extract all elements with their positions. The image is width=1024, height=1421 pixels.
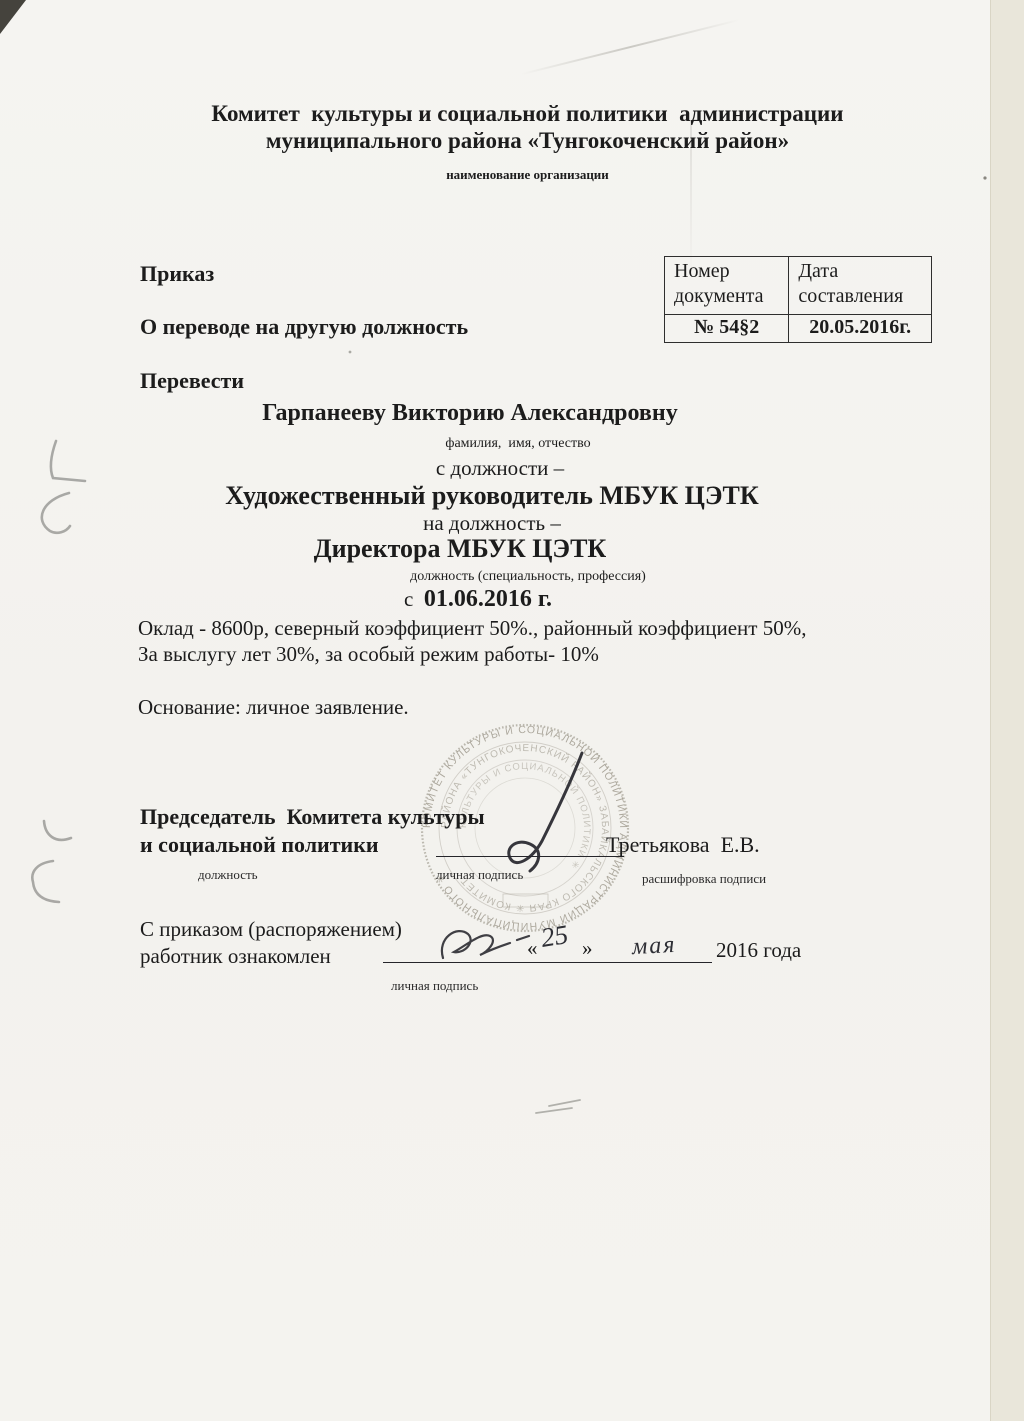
scanner-background-strip xyxy=(990,0,1024,1421)
org-name-line2: муниципального района «Тунгокоченский ра… xyxy=(140,128,915,154)
salary-line2: За выслугу лет 30%, за особый режим рабо… xyxy=(138,642,918,667)
scanned-order-document: Комитет культуры и социальной политики а… xyxy=(0,0,1024,1421)
handwritten-month: мая xyxy=(631,932,677,961)
order-subject: О переводе на другую должность xyxy=(140,314,468,340)
employee-name-caption: фамилия, имя, отчество xyxy=(108,436,928,452)
doc-number-date-table: Номердокумента Датасоставления № 54§2 20… xyxy=(664,256,932,343)
from-position-label: с должности – xyxy=(90,456,910,481)
effective-date-prefix: с xyxy=(404,587,413,611)
effective-date-line: с 01.06.2016 г. xyxy=(68,586,888,613)
quote-open: « xyxy=(527,936,538,961)
order-action: Перевести xyxy=(140,368,244,394)
doc-date-value: 20.05.2016г. xyxy=(789,315,932,343)
caption-signature-name: расшифровка подписи xyxy=(642,871,766,887)
org-name-caption: наименование организации xyxy=(140,167,915,183)
to-position: Директора МБУК ЦЭТК xyxy=(50,534,870,564)
quote-close: » xyxy=(582,936,593,961)
ack-line2: работник ознакомлен xyxy=(140,944,331,969)
employee-name: Гарпанееву Викторию Александровну xyxy=(60,400,880,427)
caption-personal-signature: личная подпись xyxy=(436,867,523,883)
caption-position: должность xyxy=(198,867,258,883)
scan-corner-shadow xyxy=(0,0,26,34)
handwritten-day: 25 xyxy=(539,919,571,954)
signer-position-line2: и социальной политики xyxy=(140,832,379,858)
effective-date: 01.06.2016 г. xyxy=(424,586,552,612)
org-name-line1: Комитет культуры и социальной политики а… xyxy=(140,100,915,127)
ack-caption-signature: личная подпись xyxy=(391,978,478,994)
to-position-label: на должность – xyxy=(82,511,902,536)
order-basis: Основание: личное заявление. xyxy=(138,695,409,720)
ack-date-line xyxy=(608,962,712,963)
from-position: Художественный руководитель МБУК ЦЭТК xyxy=(82,481,902,511)
ack-year: 2016 года xyxy=(716,938,801,963)
signer-name: Третьякова Е.В. xyxy=(606,832,760,858)
position-caption: должность (специальность, профессия) xyxy=(118,569,938,585)
salary-line1: Оклад - 8600р, северный коэффициент 50%.… xyxy=(138,614,918,642)
chairman-signature-ink xyxy=(480,745,610,880)
doc-number-value: № 54§2 xyxy=(665,315,789,343)
order-title: Приказ xyxy=(140,261,214,287)
signer-position-line1: Председатель Комитета культуры xyxy=(140,804,485,830)
doc-number-header: Номердокумента xyxy=(665,257,789,315)
paper-crease xyxy=(521,19,740,75)
ack-line1: С приказом (распоряжением) xyxy=(140,917,402,942)
doc-date-header: Датасоставления xyxy=(789,257,932,315)
